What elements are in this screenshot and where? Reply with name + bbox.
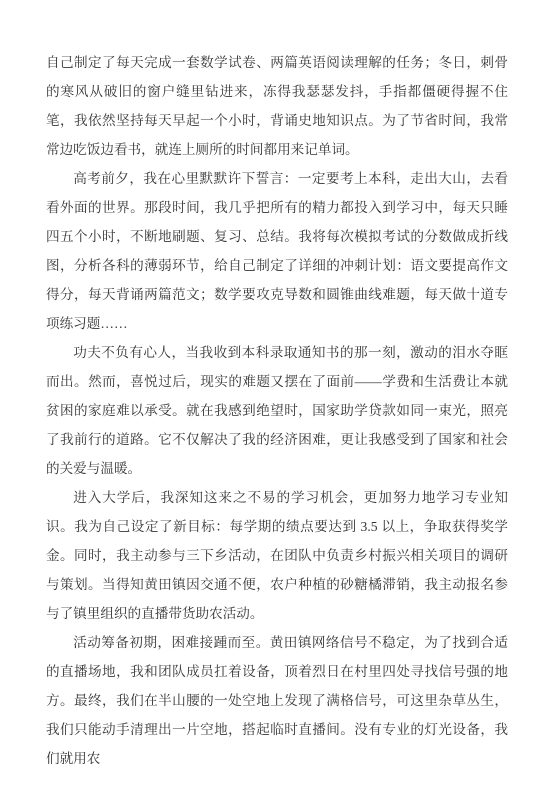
paragraph-3: 功夫不负有心人，当我收到本科录取通知书的那一刻，激动的泪水夺眶而出。然而，喜悦过…	[46, 338, 508, 483]
paragraph-5: 活动筹备初期，困难接踵而至。黄田镇网络信号不稳定，为了找到合适的直播场地，我和团…	[46, 628, 508, 773]
paragraph-1: 自己制定了每天完成一套数学试卷、两篇英语阅读理解的任务；冬日，刺骨的寒风从破旧的…	[46, 48, 508, 164]
paragraph-4: 进入大学后，我深知这来之不易的学习机会，更加努力地学习专业知识。我为自己设定了新…	[46, 483, 508, 628]
document-page: 自己制定了每天完成一套数学试卷、两篇英语阅读理解的任务；冬日，刺骨的寒风从破旧的…	[0, 0, 554, 786]
paragraph-2: 高考前夕，我在心里默默许下誓言：一定要考上本科，走出大山，去看看外面的世界。那段…	[46, 164, 508, 338]
